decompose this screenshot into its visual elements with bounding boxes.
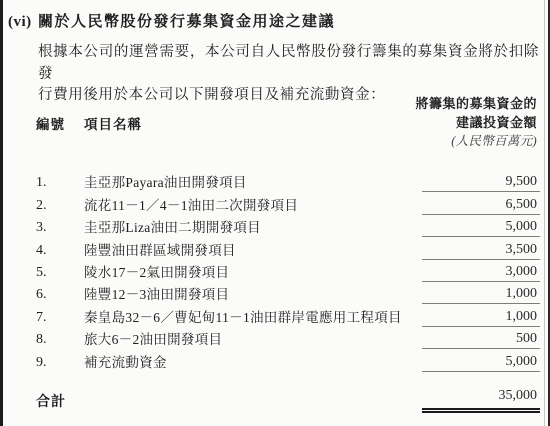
project-name: 圭亞那Payara油田開發項目: [84, 174, 422, 192]
amount-value: 500: [422, 329, 540, 349]
project-name: 圭亞那Liza油田二期開發項目: [84, 219, 422, 237]
table-row: 8. 旅大6－2油田開發項目 500: [36, 327, 540, 349]
section-title: 關於人民幣股份發行募集資金用途之建議: [38, 12, 335, 32]
table-header: 編號 項目名稱 將籌集的募集資金的 建議投資金額 (人民幣百萬元): [36, 94, 540, 150]
column-header-amount-line2: 建議投資金額: [415, 113, 537, 132]
table-body: 1. 圭亞那Payara油田開發項目 9,500 2. 流花11－1／4－1油田…: [36, 170, 540, 372]
project-name: 陸豐油田群區域開發項目: [84, 242, 422, 260]
project-name: 流花11－1／4－1油田二次開發項目: [84, 197, 422, 215]
row-number: 8.: [36, 331, 84, 349]
table-row: 4. 陸豐油田群區域開發項目 3,500: [36, 237, 540, 259]
table-row: 1. 圭亞那Payara油田開發項目 9,500: [36, 170, 540, 192]
project-name: 陵水17－2氣田開發項目: [84, 264, 422, 282]
project-name: 秦皇島32－6／曹妃甸11－1油田群岸電應用工程項目: [84, 309, 422, 327]
table-row: 7. 秦皇島32－6／曹妃甸11－1油田群岸電應用工程項目 1,000: [36, 304, 540, 326]
row-number: 7.: [36, 309, 84, 327]
column-header-project-name: 項目名稱: [84, 113, 142, 133]
scan-edge-right-inner: [544, 0, 545, 426]
intro-paragraph-line1: 根據本公司的運營需要，本公司自人民幣股份發行籌集的募集資金將於扣除發: [38, 42, 539, 85]
row-number: 9.: [36, 354, 84, 372]
amount-value: 3,000: [422, 262, 540, 282]
table-row: 5. 陵水17－2氣田開發項目 3,000: [36, 260, 540, 282]
amount-value: 5,000: [422, 217, 540, 237]
amount-value: 1,000: [422, 284, 540, 304]
total-amount: 35,000: [422, 386, 540, 413]
amount-value: 1,000: [422, 307, 540, 327]
table-header-amount: 將籌集的募集資金的 建議投資金額 (人民幣百萬元): [415, 94, 537, 151]
total-row: 合計 35,000: [36, 386, 540, 413]
scan-edge-left: [0, 0, 3, 426]
table-row: 6. 陸豐12－3油田開發項目 1,000: [36, 282, 540, 304]
project-name: 旅大6－2油田開發項目: [84, 331, 422, 349]
amount-value: 5,000: [422, 352, 540, 372]
row-number: 2.: [36, 197, 84, 215]
table-header-left: 編號 項目名稱: [36, 113, 142, 133]
amount-value: 6,500: [422, 195, 540, 215]
amount-value: 9,500: [422, 172, 540, 192]
column-header-amount-unit: (人民幣百萬元): [415, 132, 537, 151]
column-header-number: 編號: [36, 113, 84, 133]
section-marker: (vi): [8, 12, 38, 32]
column-header-amount-line1: 將籌集的募集資金的: [415, 94, 537, 113]
project-name: 補充流動資金: [84, 354, 422, 372]
amount-value: 3,500: [422, 240, 540, 260]
table-row: 9. 補充流動資金 5,000: [36, 349, 540, 371]
document-page: (vi) 關於人民幣股份發行募集資金用途之建議 根據本公司的運營需要，本公司自人…: [0, 0, 550, 426]
project-name: 陸豐12－3油田開發項目: [84, 286, 422, 304]
row-number: 3.: [36, 219, 84, 237]
table-row: 3. 圭亞那Liza油田二期開發項目 5,000: [36, 215, 540, 237]
section-heading: (vi) 關於人民幣股份發行募集資金用途之建議: [8, 12, 536, 32]
row-number: 6.: [36, 286, 84, 304]
total-label: 合計: [36, 393, 66, 413]
table-row: 2. 流花11－1／4－1油田二次開發項目 6,500: [36, 192, 540, 214]
row-number: 4.: [36, 242, 84, 260]
row-number: 5.: [36, 264, 84, 282]
row-number: 1.: [36, 174, 84, 192]
